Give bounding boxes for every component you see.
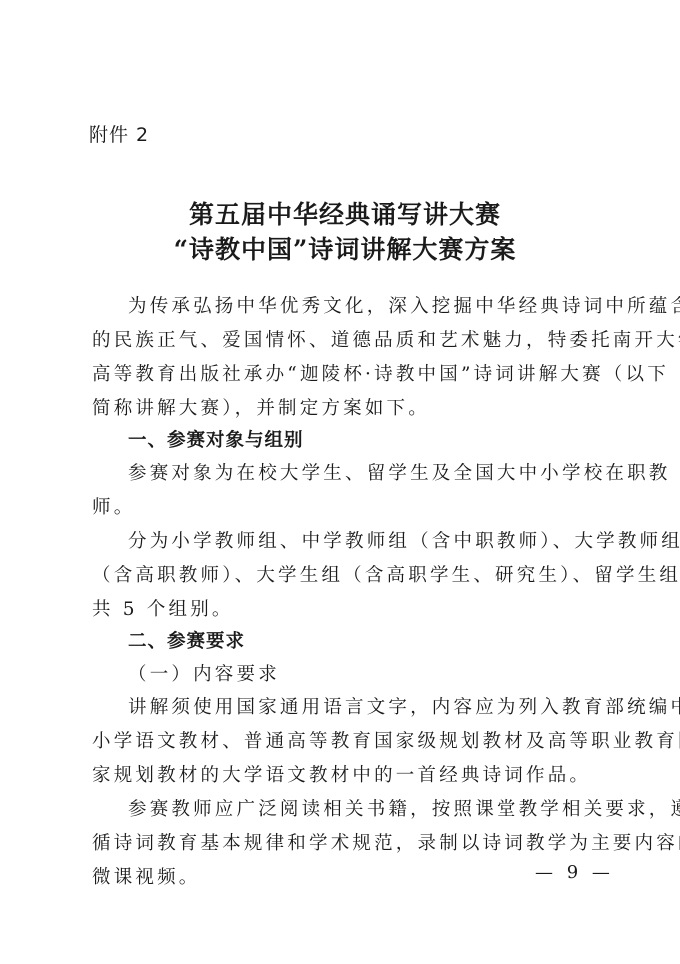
intro-paragraph-line: 高等教育出版社承办“迦陵杯·诗教中国”诗词讲解大赛（以下	[92, 360, 669, 386]
attachment-label: 附件 2	[89, 120, 149, 147]
document-title-line-2: “诗教中国”诗词讲解大赛方案	[0, 230, 680, 266]
section-1-paragraph-line: 共 5 个组别。	[92, 595, 234, 621]
section-2-paragraph-line: 参赛教师应广泛阅读相关书籍，按照课堂教学相关要求，遵	[128, 795, 680, 821]
section-1-paragraph-line: 参赛对象为在校大学生、留学生及全国大中小学校在职教	[128, 459, 671, 485]
section-heading-1: 一、参赛对象与组别	[128, 426, 304, 452]
section-2-paragraph-line: 讲解须使用国家通用语言文字，内容应为列入教育部统编中	[128, 693, 680, 719]
intro-paragraph-line: 的民族正气、爱国情怀、道德品质和艺术魅力，特委托南开大学、	[92, 326, 680, 352]
document-page: 附件 2 第五届中华经典诵写讲大赛 “诗教中国”诗词讲解大赛方案 为传承弘扬中华…	[0, 0, 680, 964]
section-2-paragraph-line: 家规划教材的大学语文教材中的一首经典诗词作品。	[92, 761, 591, 787]
section-heading-2: 二、参赛要求	[128, 627, 245, 653]
intro-paragraph-line: 为传承弘扬中华优秀文化，深入挖掘中华经典诗词中所蕴含	[128, 292, 680, 318]
section-2-paragraph-line: 小学语文教材、普通高等教育国家级规划教材及高等职业教育国	[92, 727, 680, 753]
subsection-heading: （一）内容要求	[128, 660, 280, 686]
section-2-paragraph-line: 循诗词教育基本规律和学术规范，录制以诗词教学为主要内容的	[92, 829, 680, 855]
section-1-paragraph-line: 分为小学教师组、中学教师组（含中职教师）、大学教师组	[128, 527, 680, 553]
section-1-paragraph-line: （含高职教师）、大学生组（含高职学生、研究生）、留学生组，	[92, 561, 680, 587]
section-1-paragraph-line: 师。	[92, 493, 135, 519]
page-number: — 9 —	[535, 862, 614, 883]
document-title-line-1: 第五届中华经典诵写讲大赛	[0, 195, 680, 231]
intro-paragraph-line: 简称讲解大赛），并制定方案如下。	[92, 394, 430, 420]
section-2-paragraph-line: 微课视频。	[92, 863, 201, 889]
